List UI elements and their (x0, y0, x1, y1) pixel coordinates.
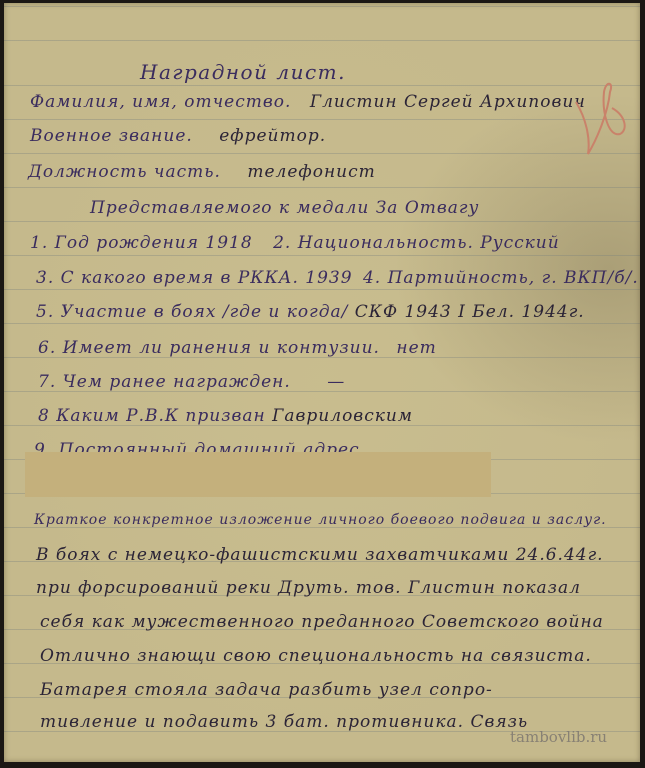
nationality-label: Национальность. (298, 233, 474, 253)
summary-heading: Краткое конкретное изложение личного бое… (34, 512, 607, 528)
item-7-row: 7. Чем ранее награжден. — (38, 372, 345, 392)
full-name-row: Фамилия, имя, отчество. Глистин Сергей А… (30, 92, 586, 112)
summary-line: В боях с немецко-фашистскими захватчикам… (36, 545, 604, 565)
items-row-3-4: 3. С какого время в РККА. 1939 4. Партий… (36, 268, 639, 288)
item-6-row: 6. Имеет ли ранения и контузии. нет (38, 338, 437, 358)
item-number: 7. (38, 372, 56, 392)
draft-office-label: Каким Р.В.К призван (56, 406, 265, 426)
combat-value: СКФ 1943 I Бел. 1944г. (355, 302, 585, 322)
summary-line: Батарея стояла задача разбить узел сопро… (40, 680, 493, 700)
party-label: Партийность, (388, 268, 536, 288)
service-since-label: С какого время в РККА. (61, 268, 299, 288)
position-row: Должность часть. телефонист (28, 162, 376, 182)
redacted-address-area (25, 452, 491, 497)
previous-awards-label: Чем ранее награжден. (63, 372, 291, 392)
red-pencil-mark-icon (568, 82, 628, 162)
items-row-1-2: 1. Год рождения 1918 2. Национальность. … (30, 233, 560, 253)
summary-line: тивление и подавить 3 бат. противника. С… (40, 712, 528, 732)
wounds-value: нет (396, 338, 436, 358)
draft-office-value: Гавриловским (272, 406, 413, 426)
rank-value: ефрейтор. (219, 126, 326, 146)
item-number: 6. (38, 338, 56, 358)
party-value: г. ВКП/б/. (542, 268, 639, 288)
item-number: 5. (36, 302, 54, 322)
item-number: 1. (30, 233, 48, 253)
full-name-label: Фамилия, имя, отчество. (30, 92, 291, 112)
nomination-line: Представляемого к медали За Отвагу (90, 198, 479, 218)
service-since-value: 1939 (305, 268, 352, 288)
birth-year-label: Год рождения (55, 233, 199, 253)
item-5-row: 5. Участие в боях /где и когда/ СКФ 1943… (36, 302, 585, 322)
wounds-label: Имеет ли ранения и контузии. (63, 338, 380, 358)
document-title: Наградной лист. (140, 60, 346, 84)
birth-year-value: 1918 (205, 233, 252, 253)
position-value: телефонист (247, 162, 375, 182)
item-number: 3. (36, 268, 54, 288)
item-number: 8 (38, 406, 50, 426)
item-number: 2. (273, 233, 291, 253)
previous-awards-value: — (327, 372, 345, 392)
position-label: Должность часть. (28, 162, 221, 182)
watermark: tambovlib.ru (510, 728, 607, 746)
nationality-value: Русский (480, 233, 559, 253)
scan-border (640, 0, 645, 768)
summary-line: Отлично знающи свою специональность на с… (40, 646, 592, 666)
rank-row: Военное звание. ефрейтор. (30, 126, 326, 146)
item-8-row: 8 Каким Р.В.К призван Гавриловским (38, 406, 413, 426)
summary-line: себя как мужественного преданного Советс… (40, 612, 604, 632)
combat-label: Участие в боях /где и когда/ (61, 302, 349, 322)
rank-label: Военное звание. (30, 126, 193, 146)
full-name-value: Глистин Сергей Архипович (310, 92, 586, 112)
item-number: 4. (363, 268, 381, 288)
summary-line: при форсирований реки Друть. тов. Глисти… (36, 578, 581, 598)
